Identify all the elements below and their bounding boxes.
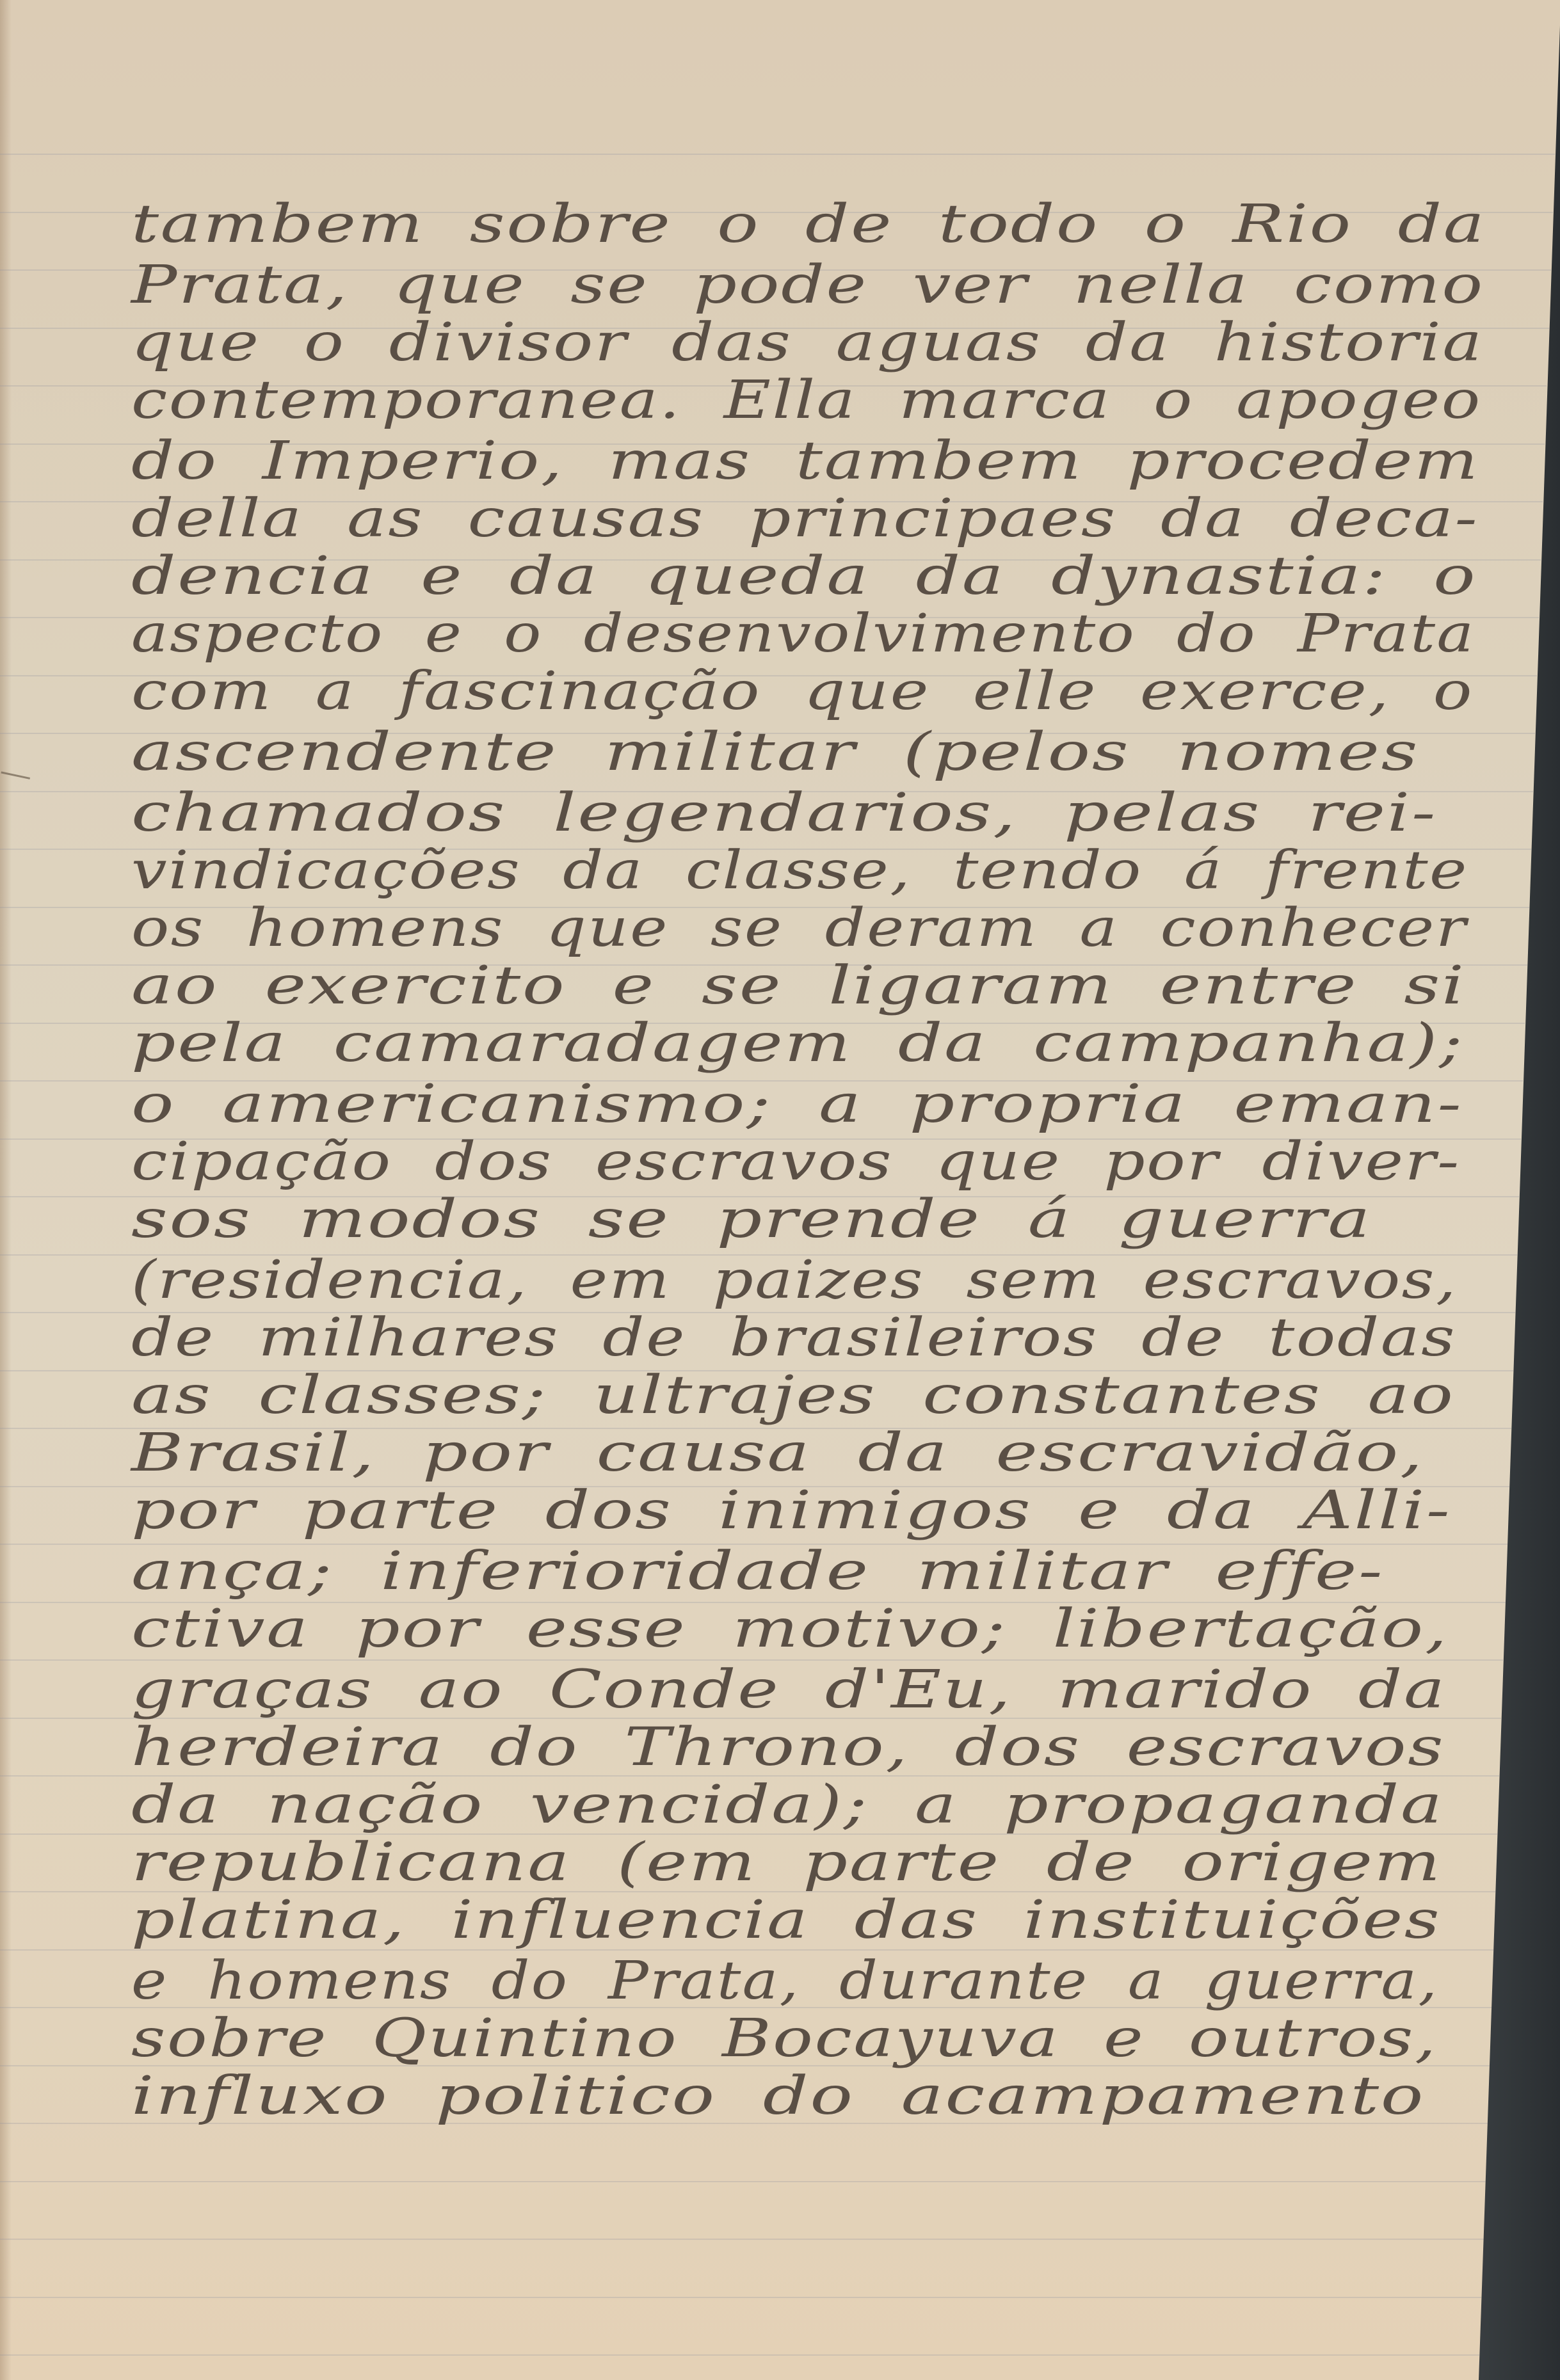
text-line: as classes; ultrajes constantes ao bbox=[131, 1370, 1455, 1422]
text-line: dencia e da queda da dynastia: o bbox=[131, 550, 1477, 603]
text-line: chamados legendarios, pelas rei- bbox=[131, 787, 1437, 840]
text-line: sos modos se prende á guerra bbox=[131, 1194, 1372, 1246]
text-line: ança; inferioridade militar effe- bbox=[131, 1545, 1384, 1598]
text-line: que o divisor das aguas da historia bbox=[131, 317, 1484, 369]
text-line: o americanismo; a propria eman- bbox=[131, 1078, 1463, 1131]
ruled-line bbox=[0, 2297, 1481, 2298]
text-line: da nação vencida); a propaganda bbox=[131, 1779, 1444, 1832]
text-line: por parte dos inimigos e da Alli- bbox=[131, 1485, 1451, 1537]
text-line: graças ao Conde d'Eu, marido da bbox=[131, 1664, 1446, 1716]
ruled-line bbox=[0, 2354, 1479, 2356]
text-line: contemporanea. Ella marca o apogeo bbox=[131, 374, 1482, 427]
ruled-line bbox=[0, 2181, 1486, 2182]
margin-ink-mark bbox=[0, 771, 30, 787]
text-line: republicana (em parte de origem bbox=[131, 1837, 1442, 1889]
text-line: aspecto e o desenvolvimento do Prata bbox=[131, 608, 1476, 660]
manuscript-page: tambem sobre o de todo o Rio da Prata, q… bbox=[0, 0, 1560, 2380]
text-line: ctiva por esse motivo; libertação, bbox=[131, 1603, 1449, 1656]
text-line: tambem sobre o de todo o Rio da bbox=[131, 198, 1486, 251]
text-line: pela camaradagem da campanha); bbox=[131, 1018, 1464, 1070]
text-line: de milhares de brasileiros de todas bbox=[131, 1312, 1456, 1364]
text-line: com a fascinação que elle exerce, o bbox=[131, 666, 1474, 718]
text-line: vindicações da classe, tendo á frente bbox=[131, 845, 1468, 897]
text-line: ao exercito e se ligaram entre si bbox=[131, 960, 1466, 1012]
text-line: sobre Quintino Bocayuva e outros, bbox=[131, 2013, 1438, 2065]
text-line: influxo politico do acampamento bbox=[131, 2070, 1425, 2123]
text-line: do Imperio, mas tambem procedem bbox=[131, 435, 1479, 488]
text-line: della as causas principaes da deca- bbox=[131, 493, 1479, 545]
text-line: cipação dos escravos que por diver- bbox=[131, 1136, 1461, 1188]
text-line: e homens do Prata, durante a guerra, bbox=[131, 1955, 1438, 2008]
ruled-line bbox=[0, 2239, 1484, 2240]
text-line: Brasil, por causa da escravidão, bbox=[131, 1427, 1424, 1480]
text-line: (residencia, em paizes sem escravos, bbox=[131, 1254, 1458, 1307]
text-line: Prata, que se pode ver nella como bbox=[131, 259, 1484, 312]
text-line: herdeira do Throno, dos escravos bbox=[131, 1721, 1445, 1774]
ruled-line bbox=[0, 154, 1555, 155]
text-line: os homens que se deram a conhecer bbox=[131, 902, 1467, 955]
text-line: ascendente militar (pelos nomes bbox=[131, 726, 1419, 779]
page-corner-mark bbox=[1123, 0, 1162, 19]
text-line: platina, influencia das instituições bbox=[131, 1894, 1441, 1947]
